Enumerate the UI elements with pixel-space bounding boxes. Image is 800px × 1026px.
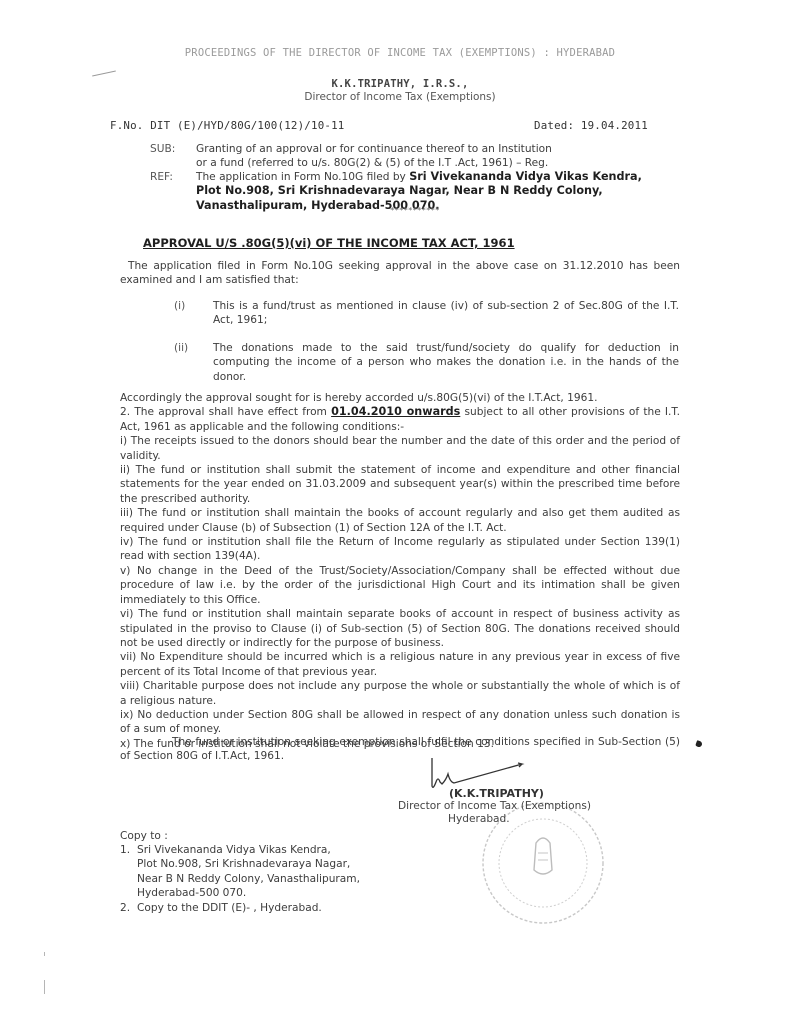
- subject-text: Granting of an approval or for continuan…: [196, 142, 666, 171]
- signatory-designation: Director of Income Tax (Exemptions): [398, 800, 591, 812]
- margin-pen-mark: [92, 71, 116, 77]
- copy-to-item-line: Near B N Reddy Colony, Vanasthalipuram,: [137, 872, 420, 886]
- condition-item: iii) The fund or institution shall maint…: [120, 506, 680, 535]
- satisfied-item-text: The donations made to the said trust/fun…: [213, 341, 679, 384]
- intro-paragraph: The application filed in Form No.10G see…: [120, 259, 680, 288]
- effect-prefix: 2. The approval shall have effect from: [120, 406, 331, 418]
- scan-edge-mark: [44, 952, 45, 956]
- approval-heading: APPROVAL U/S .80G(5)(vi) OF THE INCOME T…: [143, 236, 515, 250]
- subject-label: SUB:: [150, 142, 190, 156]
- condition-item: vi) The fund or institution shall mainta…: [120, 607, 680, 650]
- condition-item: ix) No deduction under Section 80G shall…: [120, 708, 680, 737]
- reference-prefix: The application in Form No.10G filed by: [196, 171, 409, 183]
- copy-to-item-number: 2.: [120, 901, 130, 915]
- signatory-name: (K.K.TRIPATHY): [449, 787, 544, 800]
- copy-to-item: 2.Copy to the DDIT (E)- , Hyderabad.: [120, 901, 420, 915]
- condition-item: iv) The fund or institution shall file t…: [120, 535, 680, 564]
- order-date: Dated: 19.04.2011: [534, 119, 648, 132]
- subject-line-1: Granting of an approval or for continuan…: [196, 142, 666, 156]
- copy-to-label: Copy to :: [120, 829, 168, 843]
- conditions-block: Accordingly the approval sought for is h…: [120, 391, 680, 751]
- closing-paragraph: The fund or institution seeking exemptio…: [120, 735, 680, 764]
- applicant-name: Sri Vivekananda Vidya Vikas Kendra,: [409, 170, 642, 183]
- scan-edge-mark: [44, 980, 45, 994]
- proceedings-title: PROCEEDINGS OF THE DIRECTOR OF INCOME TA…: [0, 47, 800, 59]
- copy-to-item-number: 1.: [120, 843, 130, 857]
- applicant-address-line-1: Plot No.908, Sri Krishnadevaraya Nagar, …: [196, 184, 696, 198]
- condition-item: ii) The fund or institution shall submit…: [120, 463, 680, 506]
- copy-to-list: 1.Sri Vivekananda Vidya Vikas Kendra,Plo…: [120, 843, 420, 915]
- condition-item: vii) No Expenditure should be incurred w…: [120, 650, 680, 679]
- effective-date: 01.04.2010 onwards: [331, 405, 460, 418]
- condition-item: viii) Charitable purpose does not includ…: [120, 679, 680, 708]
- copy-to-item-line: Copy to the DDIT (E)- , Hyderabad.: [137, 901, 420, 915]
- officer-title: Director of Income Tax (Exemptions): [0, 91, 800, 103]
- copy-to-item-line: Hyderabad-500 070.: [137, 886, 420, 900]
- copy-to-item: 1.Sri Vivekananda Vidya Vikas Kendra,Plo…: [120, 843, 420, 901]
- condition-item: v) No change in the Deed of the Trust/So…: [120, 564, 680, 607]
- officer-name: K.K.TRIPATHY, I.R.S.,: [0, 78, 800, 90]
- reference-label: REF:: [150, 170, 190, 184]
- condition-item: i) The receipts issued to the donors sho…: [120, 434, 680, 463]
- accorded-statement: Accordingly the approval sought for is h…: [120, 391, 680, 405]
- signatory-place: Hyderabad.: [448, 813, 510, 825]
- file-number: F.No. DIT (E)/HYD/80G/100(12)/10-11: [110, 119, 345, 132]
- subject-line-2: or a fund (referred to u/s. 80G(2) & (5)…: [196, 156, 666, 170]
- ink-mark: [695, 740, 703, 748]
- copy-to-item-line: Plot No.908, Sri Krishnadevaraya Nagar,: [137, 857, 420, 871]
- effect-statement: 2. The approval shall have effect from 0…: [120, 405, 680, 434]
- copy-to-item-line: Sri Vivekananda Vidya Vikas Kendra,: [137, 843, 420, 857]
- satisfied-item-number: (ii): [174, 341, 204, 355]
- condition-list: i) The receipts issued to the donors sho…: [120, 434, 680, 751]
- separator-stars: ***********: [0, 206, 800, 215]
- satisfied-item-number: (i): [174, 299, 204, 313]
- satisfied-item-text: This is a fund/trust as mentioned in cla…: [213, 299, 679, 328]
